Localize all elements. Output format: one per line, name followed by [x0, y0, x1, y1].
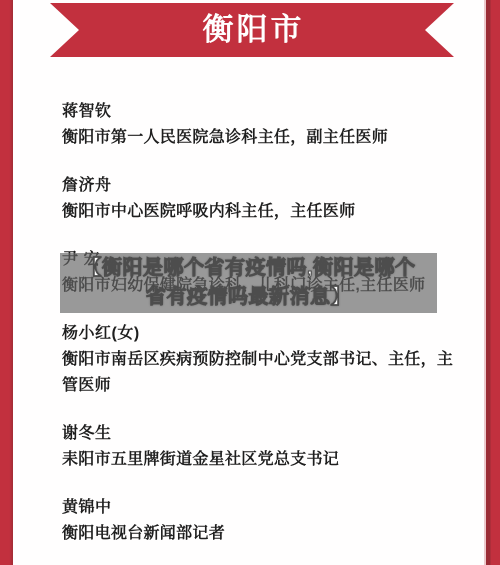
person-title: 衡阳市南岳区疾病预防控制中心党支部书记、主任，主管医师 — [62, 347, 455, 399]
watermark-line2: 省有疫情吗最新消息】 — [146, 283, 351, 312]
person-name: 蒋智钦 — [62, 98, 455, 125]
person-title: 耒阳市五里牌街道金星社区党总支书记 — [62, 447, 455, 473]
list-item: 谢冬生 耒阳市五里牌街道金星社区党总支书记 — [62, 420, 455, 473]
list-item: 杨小红(女) 衡阳市南岳区疾病预防控制中心党支部书记、主任，主管医师 — [62, 320, 455, 399]
poster: 衡阳市 蒋智钦 衡阳市第一人民医院急诊科主任，副主任医师 詹济舟 衡阳市中心医院… — [0, 0, 500, 565]
list-item: 蒋智钦 衡阳市第一人民医院急诊科主任，副主任医师 — [62, 98, 455, 151]
watermark-overlay: 【衡阳是哪个省有疫情吗,衡阳是哪个 省有疫情吗最新消息】 — [60, 253, 437, 313]
person-name: 詹济舟 — [62, 172, 455, 199]
person-name: 谢冬生 — [62, 420, 455, 447]
city-banner-title: 衡阳市 — [200, 14, 305, 47]
person-name: 黄锦中 — [62, 494, 455, 521]
watermark-line1: 【衡阳是哪个省有疫情吗,衡阳是哪个 — [81, 254, 415, 283]
person-title: 衡阳电视台新闻部记者 — [62, 521, 455, 547]
person-name: 杨小红(女) — [62, 320, 455, 347]
left-border-bar — [0, 0, 13, 565]
honoree-list: 蒋智钦 衡阳市第一人民医院急诊科主任，副主任医师 詹济舟 衡阳市中心医院呼吸内科… — [62, 98, 455, 565]
list-item: 詹济舟 衡阳市中心医院呼吸内科主任，主任医师 — [62, 172, 455, 225]
right-border-bar — [484, 0, 500, 565]
list-item: 黄锦中 衡阳电视台新闻部记者 — [62, 494, 455, 547]
person-title: 衡阳市中心医院呼吸内科主任，主任医师 — [62, 199, 455, 225]
city-banner-ribbon: 衡阳市 — [50, 3, 454, 57]
person-title: 衡阳市第一人民医院急诊科主任，副主任医师 — [62, 125, 455, 151]
